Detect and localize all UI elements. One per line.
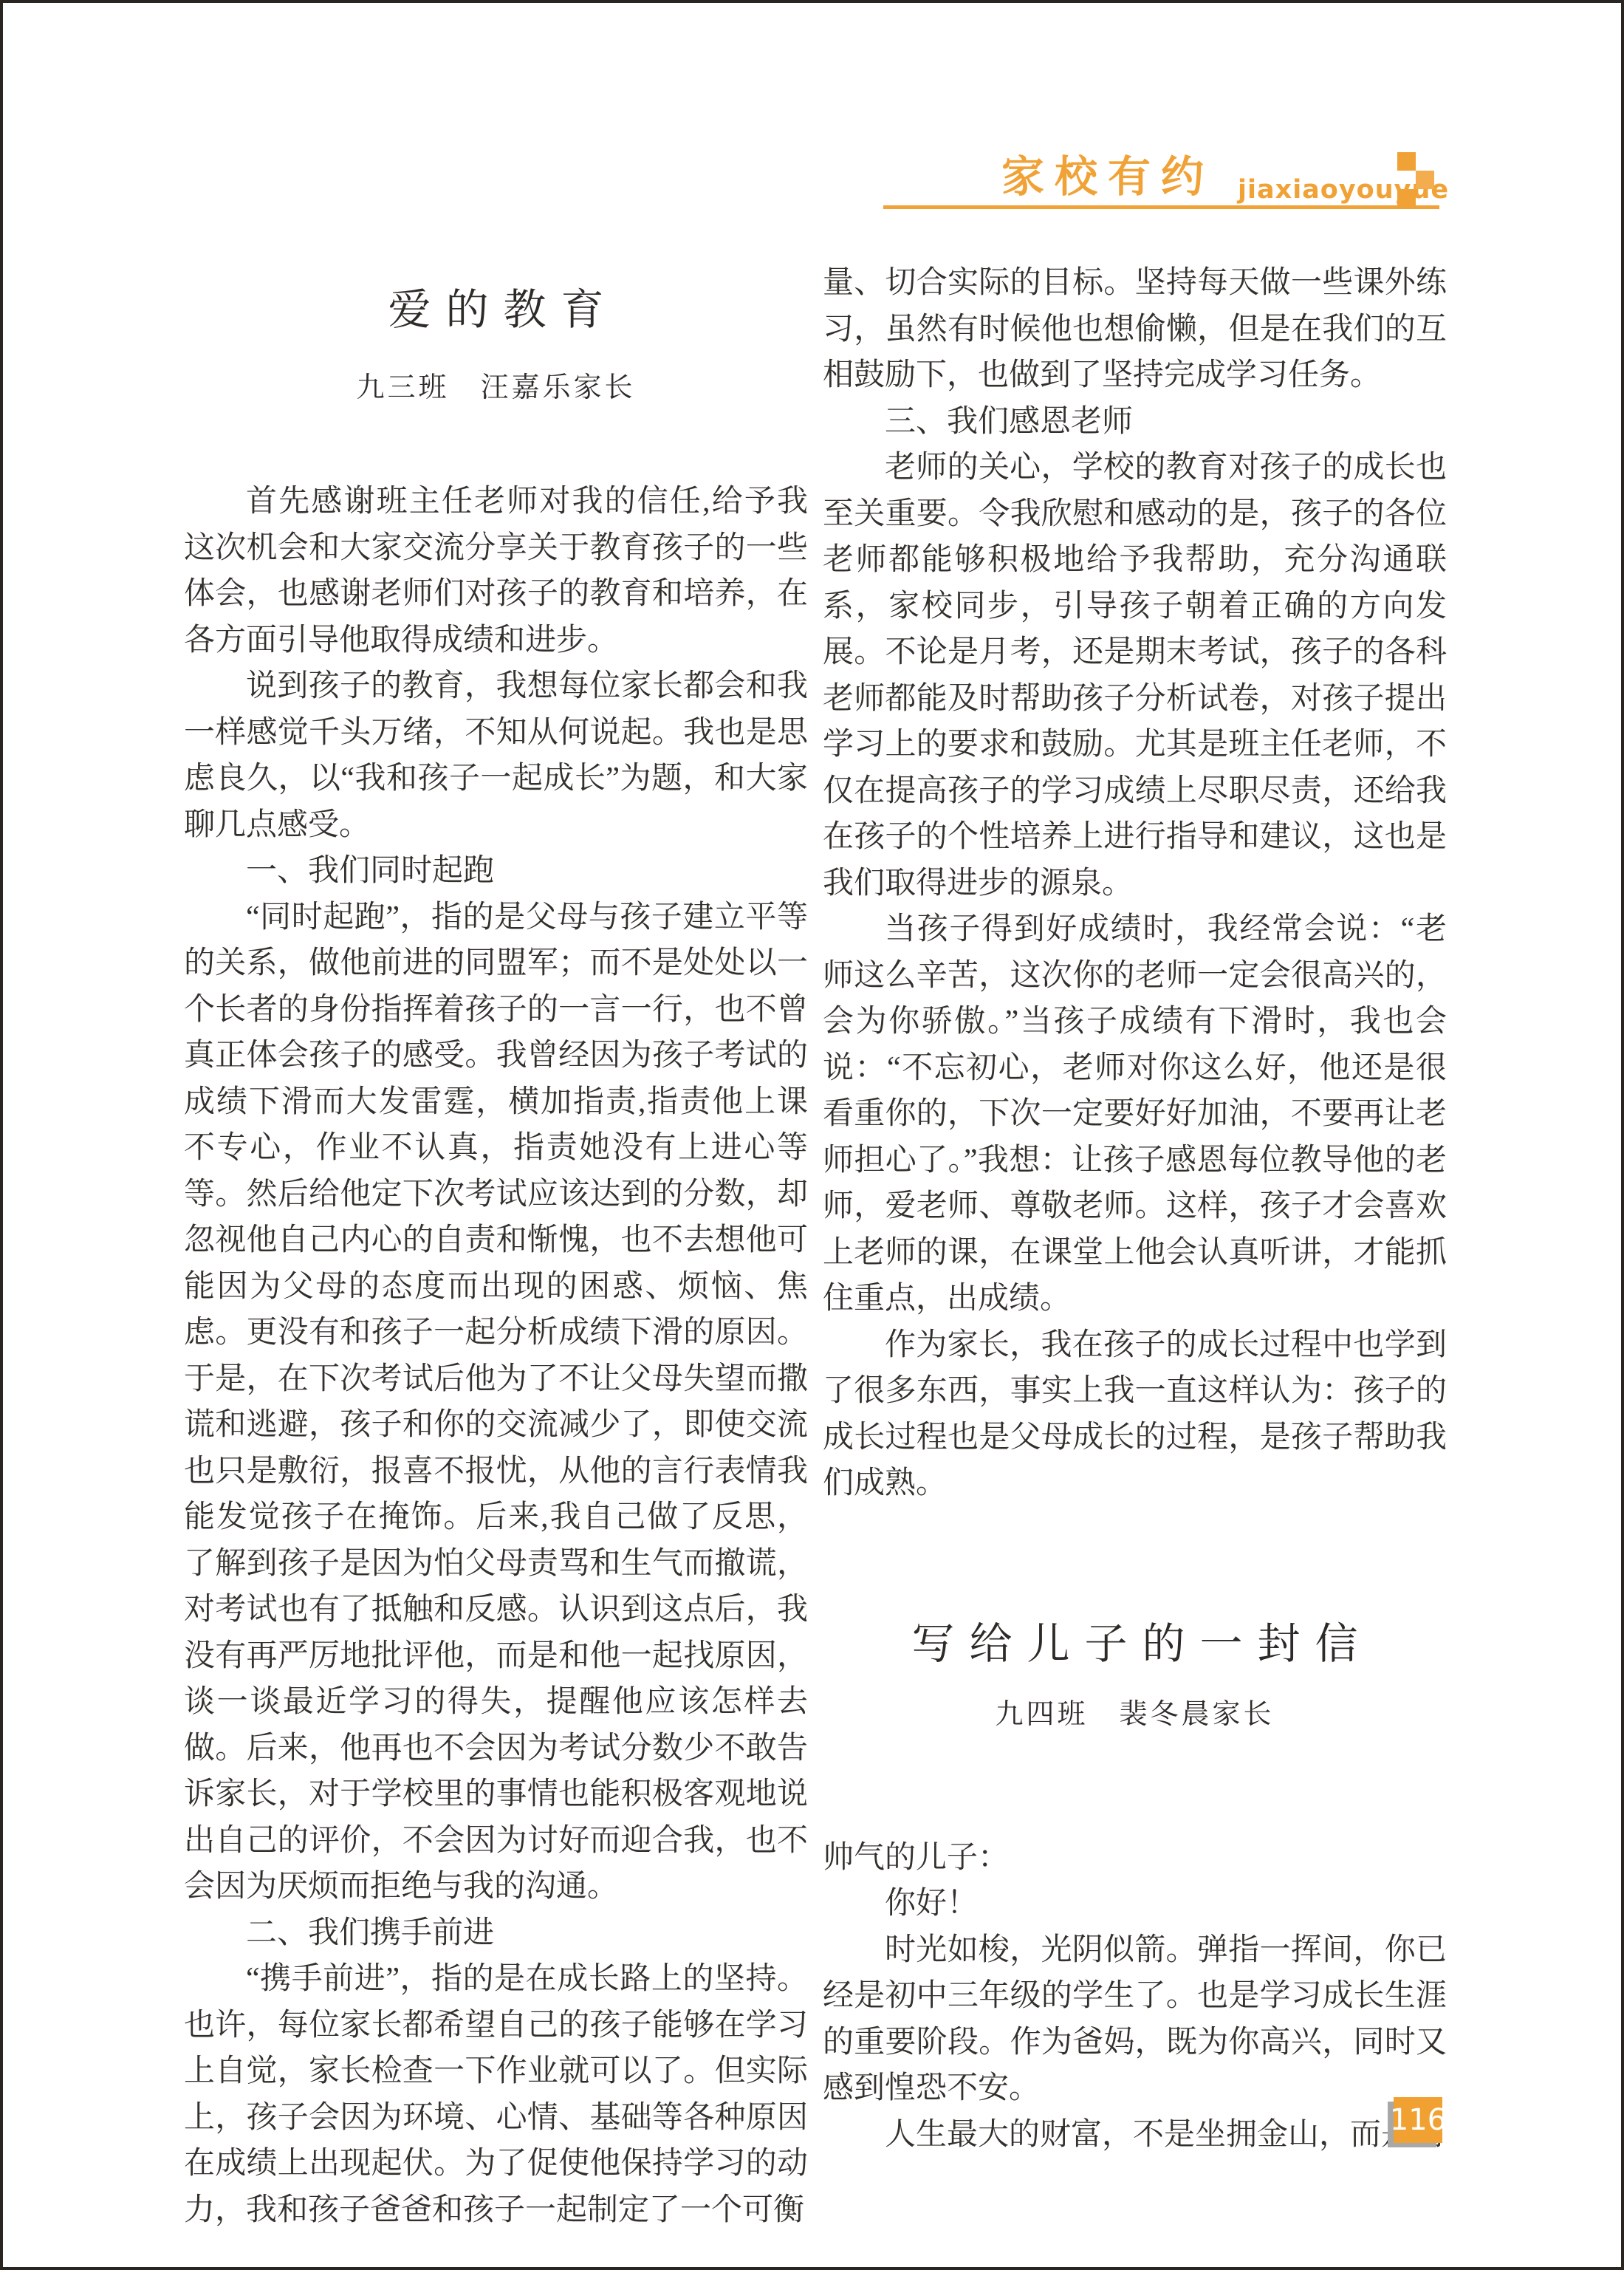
essay1-section-heading-2: 二、我们携手前进: [184, 1910, 808, 1957]
essay2-byline: 九四班 裴冬晨家长: [823, 1698, 1447, 1731]
essay1-paragraph-4-left: “携手前进”，指的是在成长路上的坚持。也许，每位家长都希望自己的孩子能够在学习上…: [184, 1956, 808, 2233]
deco-square-icon: [1416, 171, 1434, 189]
right-column: 量、切合实际的目标。坚持每天做一些课外练习，虽然有时候他也想偷懒，但是在我们的互…: [823, 260, 1447, 2158]
essay1-paragraph-3: “同时起跑”，指的是父母与孩子建立平等的关系，做他前进的同盟军；而不是处处以一个…: [184, 895, 808, 1910]
essay1-paragraph-4-continued: 量、切合实际的目标。坚持每天做一些课外练习，虽然有时候他也想偷懒，但是在我们的互…: [823, 260, 1447, 399]
essay1-paragraph-6: 当孩子得到好成绩时，我经常会说：“老师这么辛苦，这次你的老师一定会很高兴的，会为…: [823, 906, 1447, 1322]
magazine-page: 家校有约 jiaxiaoyouyue 爱的教育 九三班 汪嘉乐家长 首先感谢班主…: [0, 0, 1624, 2270]
deco-square-icon: [1397, 152, 1416, 171]
essay1-title: 爱的教育: [184, 284, 808, 337]
essay2-paragraph-1: 你好！: [823, 1881, 1447, 1927]
page-number-badge: 116: [1394, 2097, 1442, 2143]
essay1-paragraph-2: 说到孩子的教育，我想每位家长都会和我一样感觉千头万绪，不知从何说起。我也是思虑良…: [184, 663, 808, 848]
essay1-section-heading-3: 三、我们感恩老师: [823, 399, 1447, 445]
essay2-paragraph-3: 人生最大的财富，不是坐拥金山，而是满: [823, 2112, 1447, 2158]
essay2-salutation: 帅气的儿子：: [823, 1835, 1447, 1881]
essay2-paragraph-2: 时光如梭，光阴似箭。弹指一挥间，你已经是初中三年级的学生了。也是学习成长生涯的重…: [823, 1927, 1447, 2112]
left-column: 爱的教育 九三班 汪嘉乐家长 首先感谢班主任老师对我的信任,给予我这次机会和大家…: [184, 284, 808, 2233]
essay1-section-heading-1: 一、我们同时起跑: [184, 848, 808, 895]
header-rule: [883, 205, 1439, 209]
essay1-paragraph-5: 老师的关心，学校的教育对孩子的成长也至关重要。令我欣慰和感动的是，孩子的各位老师…: [823, 445, 1447, 906]
essay1-paragraph-1: 首先感谢班主任老师对我的信任,给予我这次机会和大家交流分享关于教育孩子的一些体会…: [184, 479, 808, 663]
section-brand-title: 家校有约: [1001, 155, 1214, 198]
essay1-paragraph-7: 作为家长，我在孩子的成长过程中也学到了很多东西，事实上我一直这样认为：孩子的成长…: [823, 1322, 1447, 1507]
essay2-title: 写给儿子的一封信: [823, 1618, 1447, 1671]
essay1-byline: 九三班 汪嘉乐家长: [184, 371, 808, 405]
page-number: 116: [1390, 2103, 1446, 2137]
